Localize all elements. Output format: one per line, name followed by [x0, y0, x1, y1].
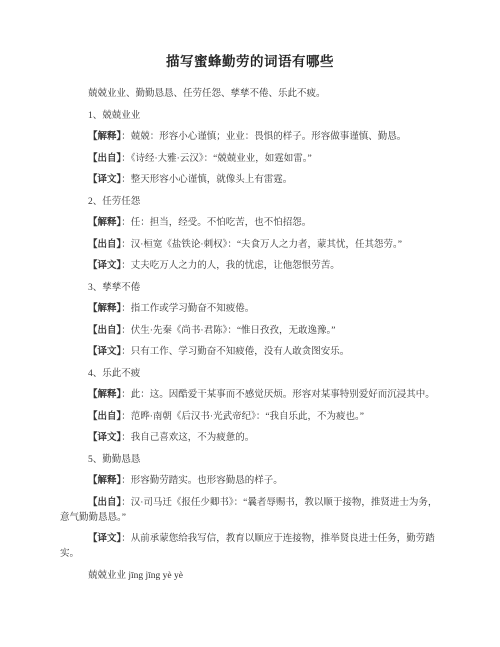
pinyin-line: 兢兢业业 jīng jīng yè yè — [60, 569, 440, 584]
section-heading: 1、兢兢业业 — [60, 109, 440, 124]
entry-label: 【出自】 — [88, 240, 121, 250]
sections-container: 1、兢兢业业【解释】：兢兢：形容小心谨慎；业业：畏惧的样子。形容做事谨慎、勤恳。… — [60, 109, 440, 563]
document-body: 兢兢业业、勤勤恳恳、任劳任怨、孳孳不倦、乐此不疲。 1、兢兢业业【解释】：兢兢：… — [60, 87, 440, 584]
entry-paragraph: 【解释】：形容勤劳踏实。也形容勤恳的样子。 — [60, 474, 440, 489]
entry-label: 【解释】 — [88, 476, 121, 486]
section-heading: 4、乐此不疲 — [60, 367, 440, 382]
entry-label: 【译文】 — [88, 433, 121, 443]
section-heading: 5、勤勤恳恳 — [60, 453, 440, 468]
entry-text: ：只有工作、学习勤奋不知疲倦，没有人敢贪图安乐。 — [121, 347, 349, 357]
entry-text: ：范晔·南朝《后汉书·光武帝纪》：“我自乐此，不为疲也。” — [121, 412, 364, 422]
entry-label: 【译文】 — [88, 347, 121, 357]
document-page: 描写蜜蜂勤劳的词语有哪些 兢兢业业、勤勤恳恳、任劳任怨、孳孳不倦、乐此不疲。 1… — [0, 0, 500, 647]
entry-paragraph: 【解释】：兢兢：形容小心谨慎；业业：畏惧的样子。形容做事谨慎、勤恳。 — [60, 130, 440, 145]
section-heading: 3、孳孳不倦 — [60, 281, 440, 296]
entry-text: ：汉·桓宽《盐铁论·刺权》：“夫食万人之力者，蒙其忧，任其怨劳。” — [121, 240, 402, 250]
entry-label: 【译文】 — [88, 261, 121, 271]
entry-text: ：任：担当，经受。不怕吃苦，也不怕招怨。 — [121, 218, 311, 228]
entry-paragraph: 【译文】：从前承蒙您给我写信，教育以顺应于连接物，推举贤良进士任务，勤劳踏实。 — [60, 532, 440, 562]
entry-label: 【译文】 — [88, 534, 121, 544]
entry-label: 【解释】 — [88, 304, 121, 314]
section-heading: 2、任劳任怨 — [60, 195, 440, 210]
entry-text: ：兢兢：形容小心谨慎；业业：畏惧的样子。形容做事谨慎、勤恳。 — [121, 132, 406, 142]
document-title: 描写蜜蜂勤劳的词语有哪些 — [60, 54, 440, 70]
entry-label: 【解释】 — [88, 132, 121, 142]
entry-label: 【出自】 — [88, 326, 121, 336]
entry-paragraph: 【出自】：汉·桓宽《盐铁论·刺权》：“夫食万人之力者，蒙其忧，任其怨劳。” — [60, 238, 440, 253]
entry-paragraph: 【解释】：指工作或学习勤奋不知疲倦。 — [60, 302, 440, 317]
entry-text: ：整天形容小心谨慎，就像头上有雷霆。 — [121, 175, 292, 185]
intro-line: 兢兢业业、勤勤恳恳、任劳任怨、孳孳不倦、乐此不疲。 — [60, 87, 440, 102]
entry-text: ：指工作或学习勤奋不知疲倦。 — [121, 304, 254, 314]
entry-label: 【译文】 — [88, 175, 121, 185]
entry-label: 【解释】 — [88, 390, 121, 400]
entry-text: ：形容勤劳踏实。也形容勤恳的样子。 — [121, 476, 283, 486]
entry-paragraph: 【译文】：整天形容小心谨慎，就像头上有雷霆。 — [60, 173, 440, 188]
entry-text: ：我自己喜欢这，不为疲惫的。 — [121, 433, 254, 443]
entry-label: 【出自】 — [88, 498, 121, 508]
entry-paragraph: 【解释】：此：这。因酷爱干某事而不感觉厌烦。形容对某事特别爱好而沉浸其中。 — [60, 388, 440, 403]
entry-paragraph: 【译文】：我自己喜欢这，不为疲惫的。 — [60, 431, 440, 446]
entry-paragraph: 【出自】：伏生·先秦《尚书·君陈》：“惟日孜孜，无敢逸豫。” — [60, 324, 440, 339]
entry-paragraph: 【出自】：《诗经·大雅·云汉》：“兢兢业业，如霆如雷。” — [60, 152, 440, 167]
entry-label: 【解释】 — [88, 218, 121, 228]
entry-label: 【出自】 — [88, 412, 121, 422]
entry-text: ：伏生·先秦《尚书·君陈》：“惟日孜孜，无敢逸豫。” — [121, 326, 335, 336]
entry-paragraph: 【出自】：范晔·南朝《后汉书·光武帝纪》：“我自乐此，不为疲也。” — [60, 410, 440, 425]
entry-text: ：此：这。因酷爱干某事而不感觉厌烦。形容对某事特别爱好而沉浸其中。 — [121, 390, 435, 400]
entry-label: 【出自】 — [88, 154, 121, 164]
entry-paragraph: 【译文】：丈夫吃万人之力的人，我的忧虑，让他怨恨劳苦。 — [60, 259, 440, 274]
entry-paragraph: 【出自】：汉·司马迁《报任少卿书》：“曩者辱赐书，教以顺于接物，推贤进士为务，意… — [60, 496, 440, 526]
entry-paragraph: 【译文】：只有工作、学习勤奋不知疲倦，没有人敢贪图安乐。 — [60, 345, 440, 360]
entry-paragraph: 【解释】：任：担当，经受。不怕吃苦，也不怕招怨。 — [60, 216, 440, 231]
entry-text: ：丈夫吃万人之力的人，我的忧虑，让他怨恨劳苦。 — [121, 261, 340, 271]
entry-text: ：《诗经·大雅·云汉》：“兢兢业业，如霆如雷。” — [121, 154, 312, 164]
